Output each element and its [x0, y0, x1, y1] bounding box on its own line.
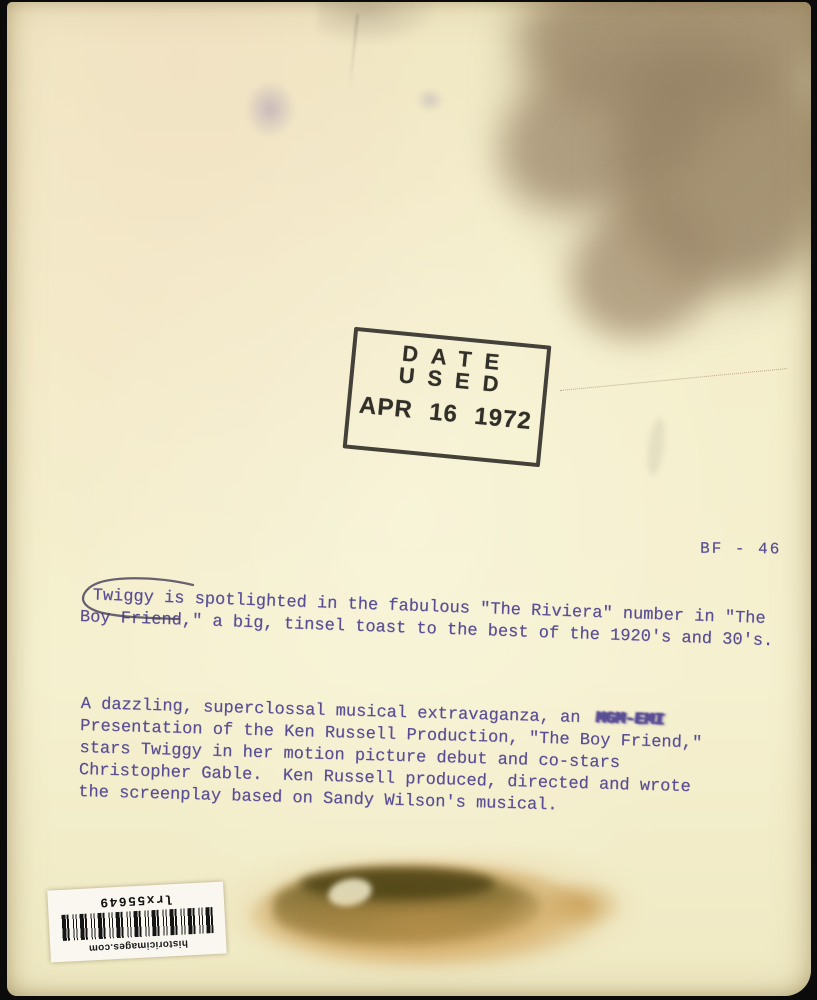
bottom-stain-dark-edge [300, 868, 495, 900]
reference-code: BF - 46 [700, 540, 781, 559]
bottom-stain-right-lobe [540, 880, 622, 930]
paper-content: DATE USED APR 16 1972 BF - 46 Twiggy is … [7, 2, 811, 996]
scanned-photo-back: DATE USED APR 16 1972 BF - 46 Twiggy is … [0, 0, 817, 1000]
description-paragraph: A dazzling, superclossal musical extrava… [78, 694, 703, 821]
bottom-stain-light-spot [326, 875, 375, 911]
top-right-stain-wedge [545, 170, 743, 370]
pen-circle-mark [65, 576, 305, 632]
smudged-studio-credit: MGM-EMI [594, 708, 664, 732]
barcode-icon [61, 907, 214, 941]
top-right-stain-halo [470, 2, 811, 360]
date-used-stamp: DATE USED APR 16 1972 [343, 327, 552, 467]
faint-smudge [644, 417, 668, 477]
stamp-date: APR 16 1972 [350, 393, 541, 435]
barcode-sticker: historicimages.com lrx55649 [47, 881, 227, 962]
top-right-stain [512, 2, 811, 134]
ink-smudge-small [416, 88, 444, 112]
bottom-stain-halo [215, 853, 645, 973]
top-right-stain-mass [593, 30, 811, 305]
bottom-stain-fade [238, 903, 603, 975]
sticker-code: lrx55649 [98, 891, 173, 910]
scratch-line [560, 368, 787, 393]
ink-smudge [244, 80, 296, 138]
sticker-website: historicimages.com [88, 937, 188, 953]
top-right-stain-lobe [476, 24, 725, 237]
photo-paper: DATE USED APR 16 1972 BF - 46 Twiggy is … [7, 2, 811, 996]
pencil-smudge [318, 2, 440, 46]
bottom-stain-core [273, 870, 541, 946]
bottom-stain [252, 864, 597, 966]
pencil-drip [348, 14, 359, 92]
